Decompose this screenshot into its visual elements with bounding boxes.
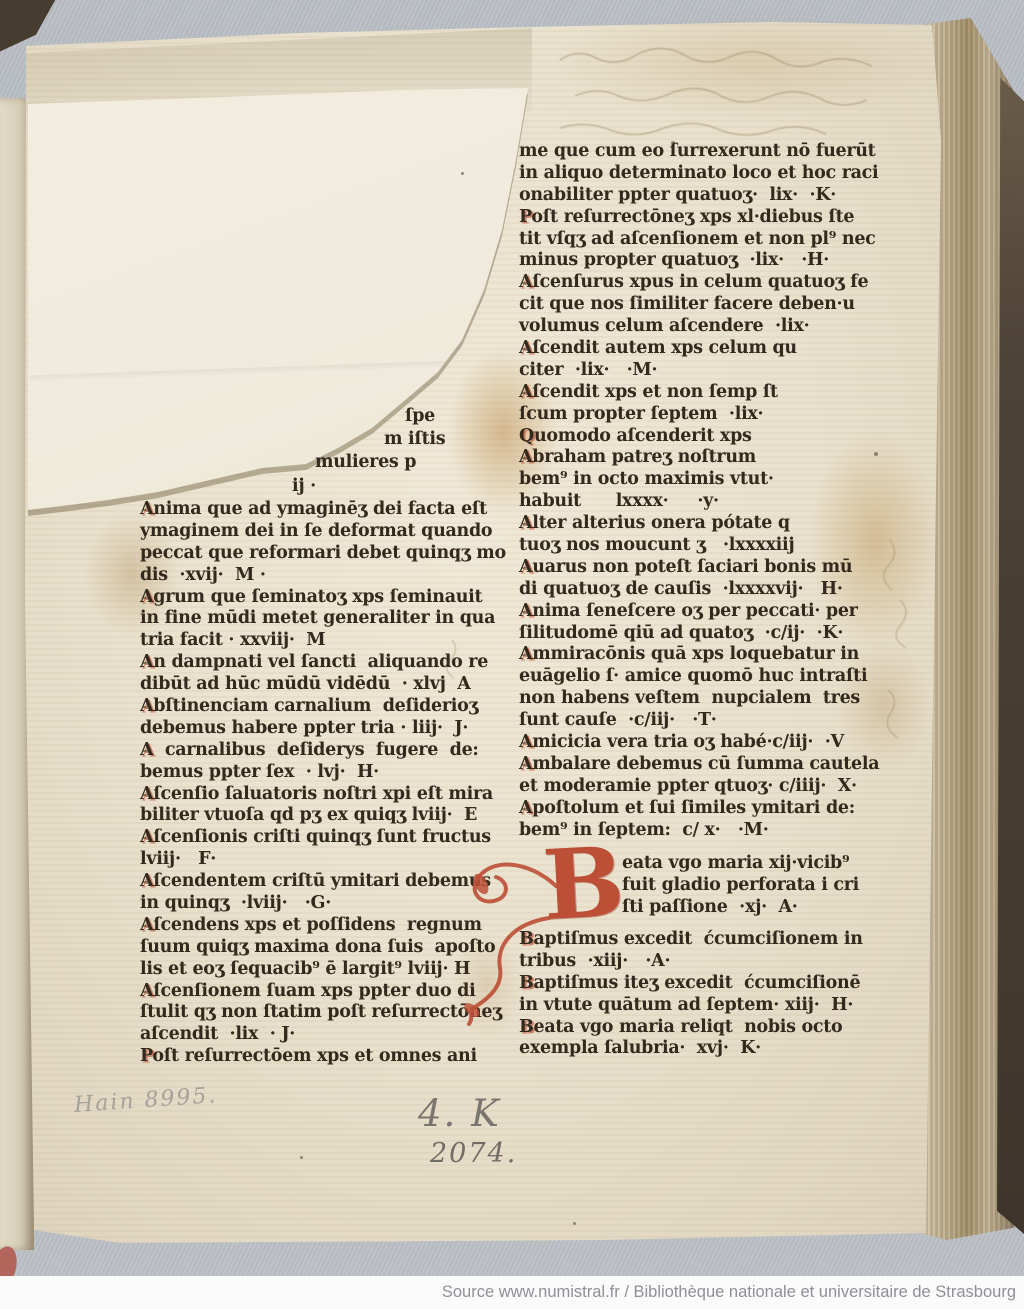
text-line: bemus ppter ſex · lvj· H· (140, 762, 506, 784)
footer-bar: Source www.numistral.fr / Bibliothèque n… (0, 1276, 1024, 1309)
text-line: Apoſtolum et ſui ſimiles ymitari de: (519, 798, 879, 820)
text-line: di quatuoʒ de cauſis ·lxxxxvij· H· (519, 579, 879, 601)
line-fragment: ſpe (405, 406, 435, 426)
cover-board-edge (997, 78, 1024, 1234)
rubricated-initial: A (519, 338, 532, 358)
text-line: Quomodo aſcenderit xps (519, 426, 879, 448)
text-line: Anima que ad ymaginēʒ dei facta eſt (140, 499, 506, 521)
text-line: Amicicia vera tria oʒ habé·c/iij· ·V (519, 732, 879, 754)
text-line: citer ·lix· ·M· (519, 360, 879, 382)
rubricated-initial: Q (519, 426, 534, 446)
paper-speck (300, 1156, 303, 1159)
text-line: cit que nos ſimiliter facere deben·u (519, 294, 879, 316)
text-line: Poſt reſurrectōem xps et omnes ani (140, 1046, 506, 1068)
text-line: Ammiracōnis quā xps loquebatur in (519, 644, 879, 666)
text-line: volumus celum aſcendere ·lix· (519, 316, 879, 338)
text-line: An dampnati vel ſancti aliquando re (140, 652, 506, 674)
text-line: Aſcendentem criſtū ymitari debemus (140, 871, 506, 893)
rubricated-initial: A (519, 754, 532, 774)
line-fragment: m iſtis (384, 429, 445, 449)
rubricated-initial: A (519, 513, 532, 533)
text-line: Aſcenſionem ſuam xps ppter duo di (140, 981, 506, 1003)
text-line: lviij· F· (140, 849, 506, 871)
text-line: Poſt reſurrectōneʒ xps xl·diebus ſte (519, 207, 879, 229)
rubricated-initial: B (519, 1017, 534, 1037)
text-line: Aſcenſionis criſti quinqʒ ſunt fructus (140, 827, 506, 849)
digitized-book-photo: Anima que ad ymaginēʒ dei facta eſtymagi… (0, 0, 1024, 1309)
rubricated-initial: A (519, 644, 532, 664)
text-line: aſcendit ·lix · J· (140, 1024, 506, 1046)
rubricated-initial: A (519, 601, 532, 621)
text-line: Baptiſmus excedit ćcumciſionem in (519, 929, 863, 951)
rubricated-initial: A (140, 871, 153, 891)
text-line: tribus ·xiij· ·A· (519, 951, 863, 973)
rubricated-initial: A (519, 447, 532, 467)
rubricated-initial: B (519, 929, 534, 949)
text-line: lis et eoʒ ſequacib⁹ ē largit⁹ lviij· H (140, 959, 506, 981)
rubricated-initial: A (519, 382, 532, 402)
rubricated-initial: A (140, 827, 153, 847)
rubricated-initial: A (140, 784, 153, 804)
text-line: ſti paſſione ·xj· A· (622, 897, 859, 919)
text-line: A carnalibus deſiderys fugere de: (140, 740, 506, 762)
handwriting-shelfmark: 4. K (418, 1092, 501, 1135)
rubricated-initial: A (519, 557, 532, 577)
text-line: dibūt ad hūc mūdū vidēdū · xlvj A (140, 674, 506, 696)
text-line: euāgelio ſ· amice quomō huc intraſti (519, 666, 879, 688)
text-line: ſunt cauſe ·c/iij· ·T· (519, 710, 879, 732)
paper-speck (874, 452, 878, 456)
text-line: ymaginem dei in ſe deformat quando (140, 521, 506, 543)
rubricated-initial: A (140, 696, 153, 716)
text-line: in fine mūdi metet generaliter in qua (140, 608, 506, 630)
handwriting-shelfmark-number: 2074. (430, 1138, 517, 1169)
text-line: habuit lxxxx· ·y· (519, 491, 879, 513)
text-line: bem⁹ in octo maximis vtut· (519, 469, 879, 491)
text-line: ſuum quiqʒ maxima dona ſuis apoſto (140, 937, 506, 959)
paper-speck (461, 172, 464, 175)
rubricated-initial: B (519, 973, 534, 993)
line-fragment: ij · (292, 476, 316, 496)
right-text-column: me que cum eo ſurrexerunt nō fuerūtin al… (519, 141, 879, 842)
text-line: Abſtinenciam carnalium deſiderioʒ (140, 696, 506, 718)
text-line: Alter alterius onera pótate q (519, 513, 879, 535)
rubricated-initial: A (140, 587, 153, 607)
text-line: dis ·xvij· M · (140, 565, 506, 587)
text-line: tria facit · xxviij· M (140, 630, 506, 652)
paper-speck (573, 1222, 576, 1225)
text-line: Aſcenſio ſaluatoris noſtri xpi eſt mira (140, 784, 506, 806)
text-line: in aliquo determinato loco et hoc raci (519, 163, 879, 185)
text-line: Aſcendens xps et poſſidens regnum (140, 915, 506, 937)
rubricated-initial: A (519, 732, 532, 752)
text-line: in quinqʒ ·lviij· ·G· (140, 893, 506, 915)
text-line: biliter vtuoſa qd pʒ ex quiqʒ lviij· E (140, 805, 506, 827)
b-entries-column: Baptiſmus excedit ćcumciſionem intribus … (519, 929, 863, 1060)
text-line: Ambalare debemus cū ſumma cautela (519, 754, 879, 776)
text-line: minus propter quatuoʒ ·lix· ·H· (519, 250, 879, 272)
text-line: debemus habere ppter tria · liij· J· (140, 718, 506, 740)
text-line: tit vſqʒ ad aſcenſionem et non pl⁹ nec (519, 229, 879, 251)
rubricated-initial: A (519, 272, 532, 292)
rubricated-initial: P (519, 207, 531, 227)
rubricated-initial: A (140, 915, 153, 935)
paper-speck (671, 141, 675, 145)
text-line: in vtute quātum ad ſeptem· xiij· H· (519, 995, 863, 1017)
text-line: Abraham patreʒ noſtrum (519, 447, 879, 469)
text-line: ſcum propter ſeptem ·lix· (519, 404, 879, 426)
line-fragment: mulieres p (315, 452, 416, 472)
rubricated-initial: A (140, 981, 153, 1001)
rubricated-initial: A (519, 798, 532, 818)
text-line: Aſcendit autem xps celum qu (519, 338, 879, 360)
text-line: non habens veſtem nupcialem tres (519, 688, 879, 710)
red-initial-B: B (541, 836, 627, 932)
b-entry-side-lines: eata vgo maria xij·vicib⁹fuit gladio per… (622, 853, 859, 919)
text-line: eata vgo maria xij·vicib⁹ (622, 853, 859, 875)
text-line: et moderamie ppter qtuoʒ· c/iiij· X· (519, 776, 879, 798)
text-line: ſilitudomē qiū ad quatoʒ ·c/ij· ·K· (519, 623, 879, 645)
text-line: Agrum que ſeminatoʒ xps ſeminauit (140, 587, 506, 609)
rubricated-initial: A (140, 652, 153, 672)
text-line: exempla ſalubria· xvj· K· (519, 1038, 863, 1060)
text-line: Auarus non poteſt ſaciari bonis mū (519, 557, 879, 579)
text-line: Aſcendit xps et non ſemp ſt (519, 382, 879, 404)
text-line: Anima ſeneſcere oʒ per peccati· per (519, 601, 879, 623)
rubricated-initial: A (140, 499, 153, 519)
text-line: me que cum eo ſurrexerunt nō fuerūt (519, 141, 879, 163)
rubricated-initial: P (140, 1046, 152, 1066)
text-line: Baptiſmus iteʒ excedit ćcumciſionē (519, 973, 863, 995)
rubricated-initial: A (140, 740, 153, 760)
text-line: Beata vgo maria reliqt nobis octo (519, 1017, 863, 1039)
text-line: fuit gladio perforata i cri (622, 875, 859, 897)
text-line: peccat que reformari debet quinqʒ mo (140, 543, 506, 565)
text-line: Aſcenſurus xpus in celum quatuoʒ fe (519, 272, 879, 294)
text-line: ſtulit qʒ non ſtatim poſt reſurrectōneʒ (140, 1002, 506, 1024)
text-line: onabiliter ppter quatuoʒ· lix· ·K· (519, 185, 879, 207)
text-line: tuoʒ nos moucunt ʒ ·lxxxxiij (519, 535, 879, 557)
left-text-column: Anima que ad ymaginēʒ dei facta eſtymagi… (140, 499, 506, 1068)
source-attribution: Source www.numistral.fr / Bibliothèque n… (442, 1283, 1016, 1302)
